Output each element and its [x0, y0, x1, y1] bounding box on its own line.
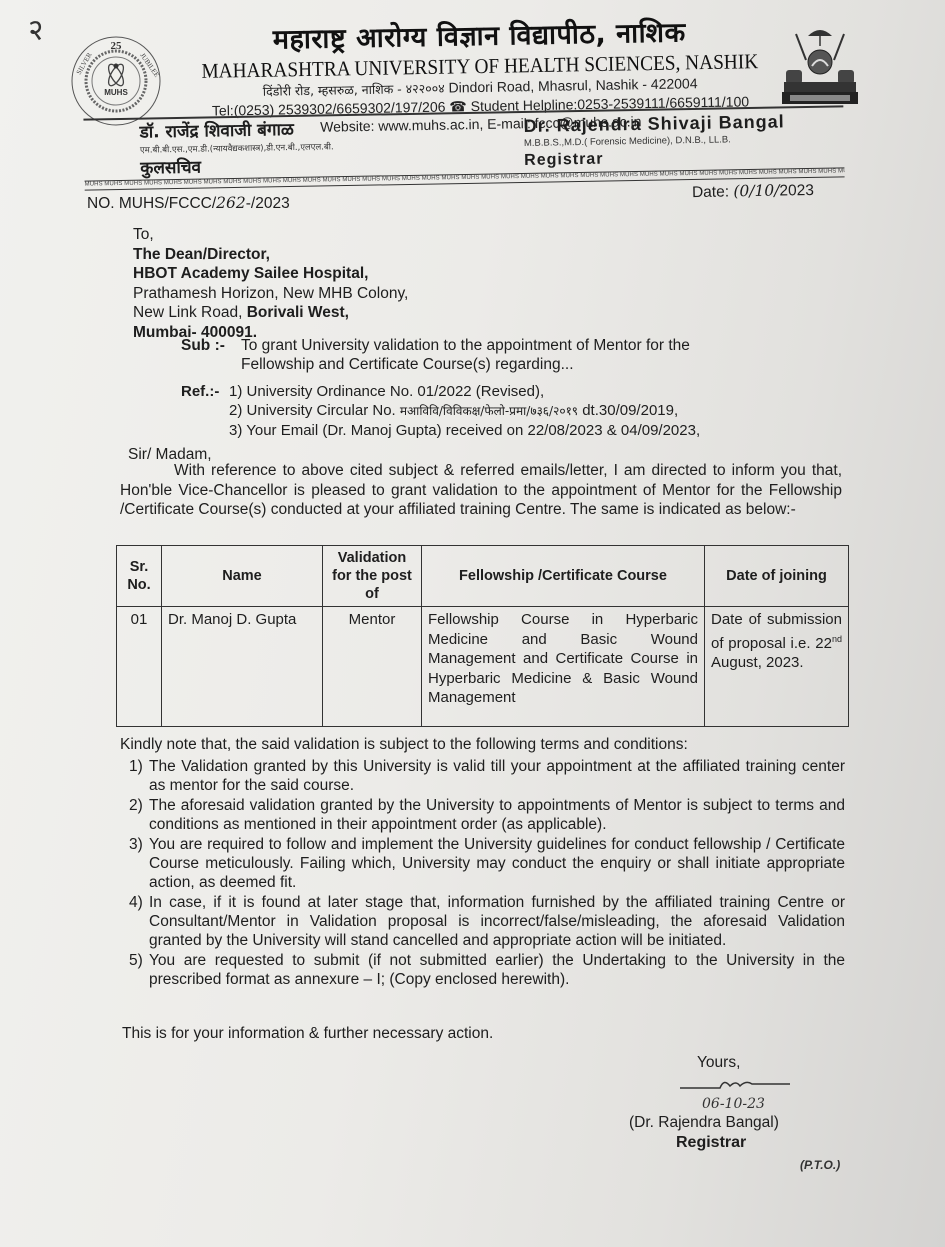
mentor-validation-table: Sr. No. Name Validation for the post of … — [116, 545, 849, 727]
cell-course: Fellowship Course in Hyperbaric Medicine… — [422, 607, 705, 727]
svg-text:06-10-23: 06-10-23 — [702, 1096, 765, 1112]
svg-text:25: 25 — [111, 40, 123, 52]
column-header: Sr. No. — [117, 546, 162, 607]
cell-name: Dr. Manoj D. Gupta — [162, 607, 323, 727]
column-header: Validation for the post of — [323, 546, 422, 607]
column-header: Fellowship /Certificate Course — [422, 546, 705, 607]
term-item: 4)In case, if it is found at later stage… — [129, 893, 845, 950]
terms-list: 1)The Validation granted by this Univers… — [129, 757, 845, 990]
sign-off: Yours, — [697, 1054, 740, 1072]
handwritten-date: (0/10/ — [733, 182, 779, 201]
cell-date-of-joining: Date of submission of proposal i.e. 22nd… — [705, 607, 849, 727]
table-row: 01 Dr. Manoj D. Gupta Mentor Fellowship … — [117, 607, 849, 727]
muhs-silver-jubilee-seal-icon: MUHS 25 SILVER JUBILEE — [70, 35, 162, 127]
page-number-mark: २ — [25, 7, 46, 50]
term-item: 1)The Validation granted by this Univers… — [129, 757, 845, 795]
handwritten-signature: 06-10-23 — [680, 1074, 810, 1114]
term-item: 3)You are required to follow and impleme… — [129, 835, 845, 892]
column-header: Date of joining — [705, 546, 849, 607]
closing-line: This is for your information & further n… — [122, 1025, 493, 1043]
reference-item: 3) Your Email (Dr. Manoj Gupta) received… — [229, 421, 700, 440]
registrar-title-marathi: कुलसचिव — [140, 154, 334, 179]
letter-date: Date: (0/10/2023 — [692, 181, 814, 202]
cell-post: Mentor — [323, 607, 422, 727]
term-item: 2)The aforesaid validation granted by th… — [129, 796, 845, 834]
table-header-row: Sr. No. Name Validation for the post of … — [117, 546, 849, 607]
reference-item: 2) University Circular No. मआविवि/विविकक… — [229, 401, 700, 421]
signer-name: (Dr. Rajendra Bangal) — [629, 1114, 779, 1132]
reference-number: NO. MUHS/FCCC/262-/2023 — [87, 194, 290, 213]
svg-text:MUHS: MUHS — [104, 88, 128, 97]
signer-title: Registrar — [676, 1134, 746, 1152]
terms-intro: Kindly note that, the said validation is… — [120, 736, 688, 754]
column-header: Name — [162, 546, 323, 607]
body-paragraph: With reference to above cited subject & … — [120, 461, 842, 520]
reference-item: 1) University Ordinance No. 01/2022 (Rev… — [229, 382, 700, 401]
please-turn-over: (P.T.O.) — [800, 1158, 840, 1172]
handwritten-number: 262 — [216, 194, 246, 212]
recipient-address: To, The Dean/Director, HBOT Academy Sail… — [133, 225, 408, 342]
subject-line: Sub :- To grant University validation to… — [181, 336, 690, 374]
registrar-header: डॉ. राजेंद्र शिवाजी बंगाळ एम.बी.बी.एस.,ए… — [83, 105, 844, 190]
references: Ref.:- 1) University Ordinance No. 01/20… — [181, 382, 700, 440]
term-item: 5)You are requested to submit (if not su… — [129, 951, 845, 989]
cell-sr: 01 — [117, 607, 162, 727]
